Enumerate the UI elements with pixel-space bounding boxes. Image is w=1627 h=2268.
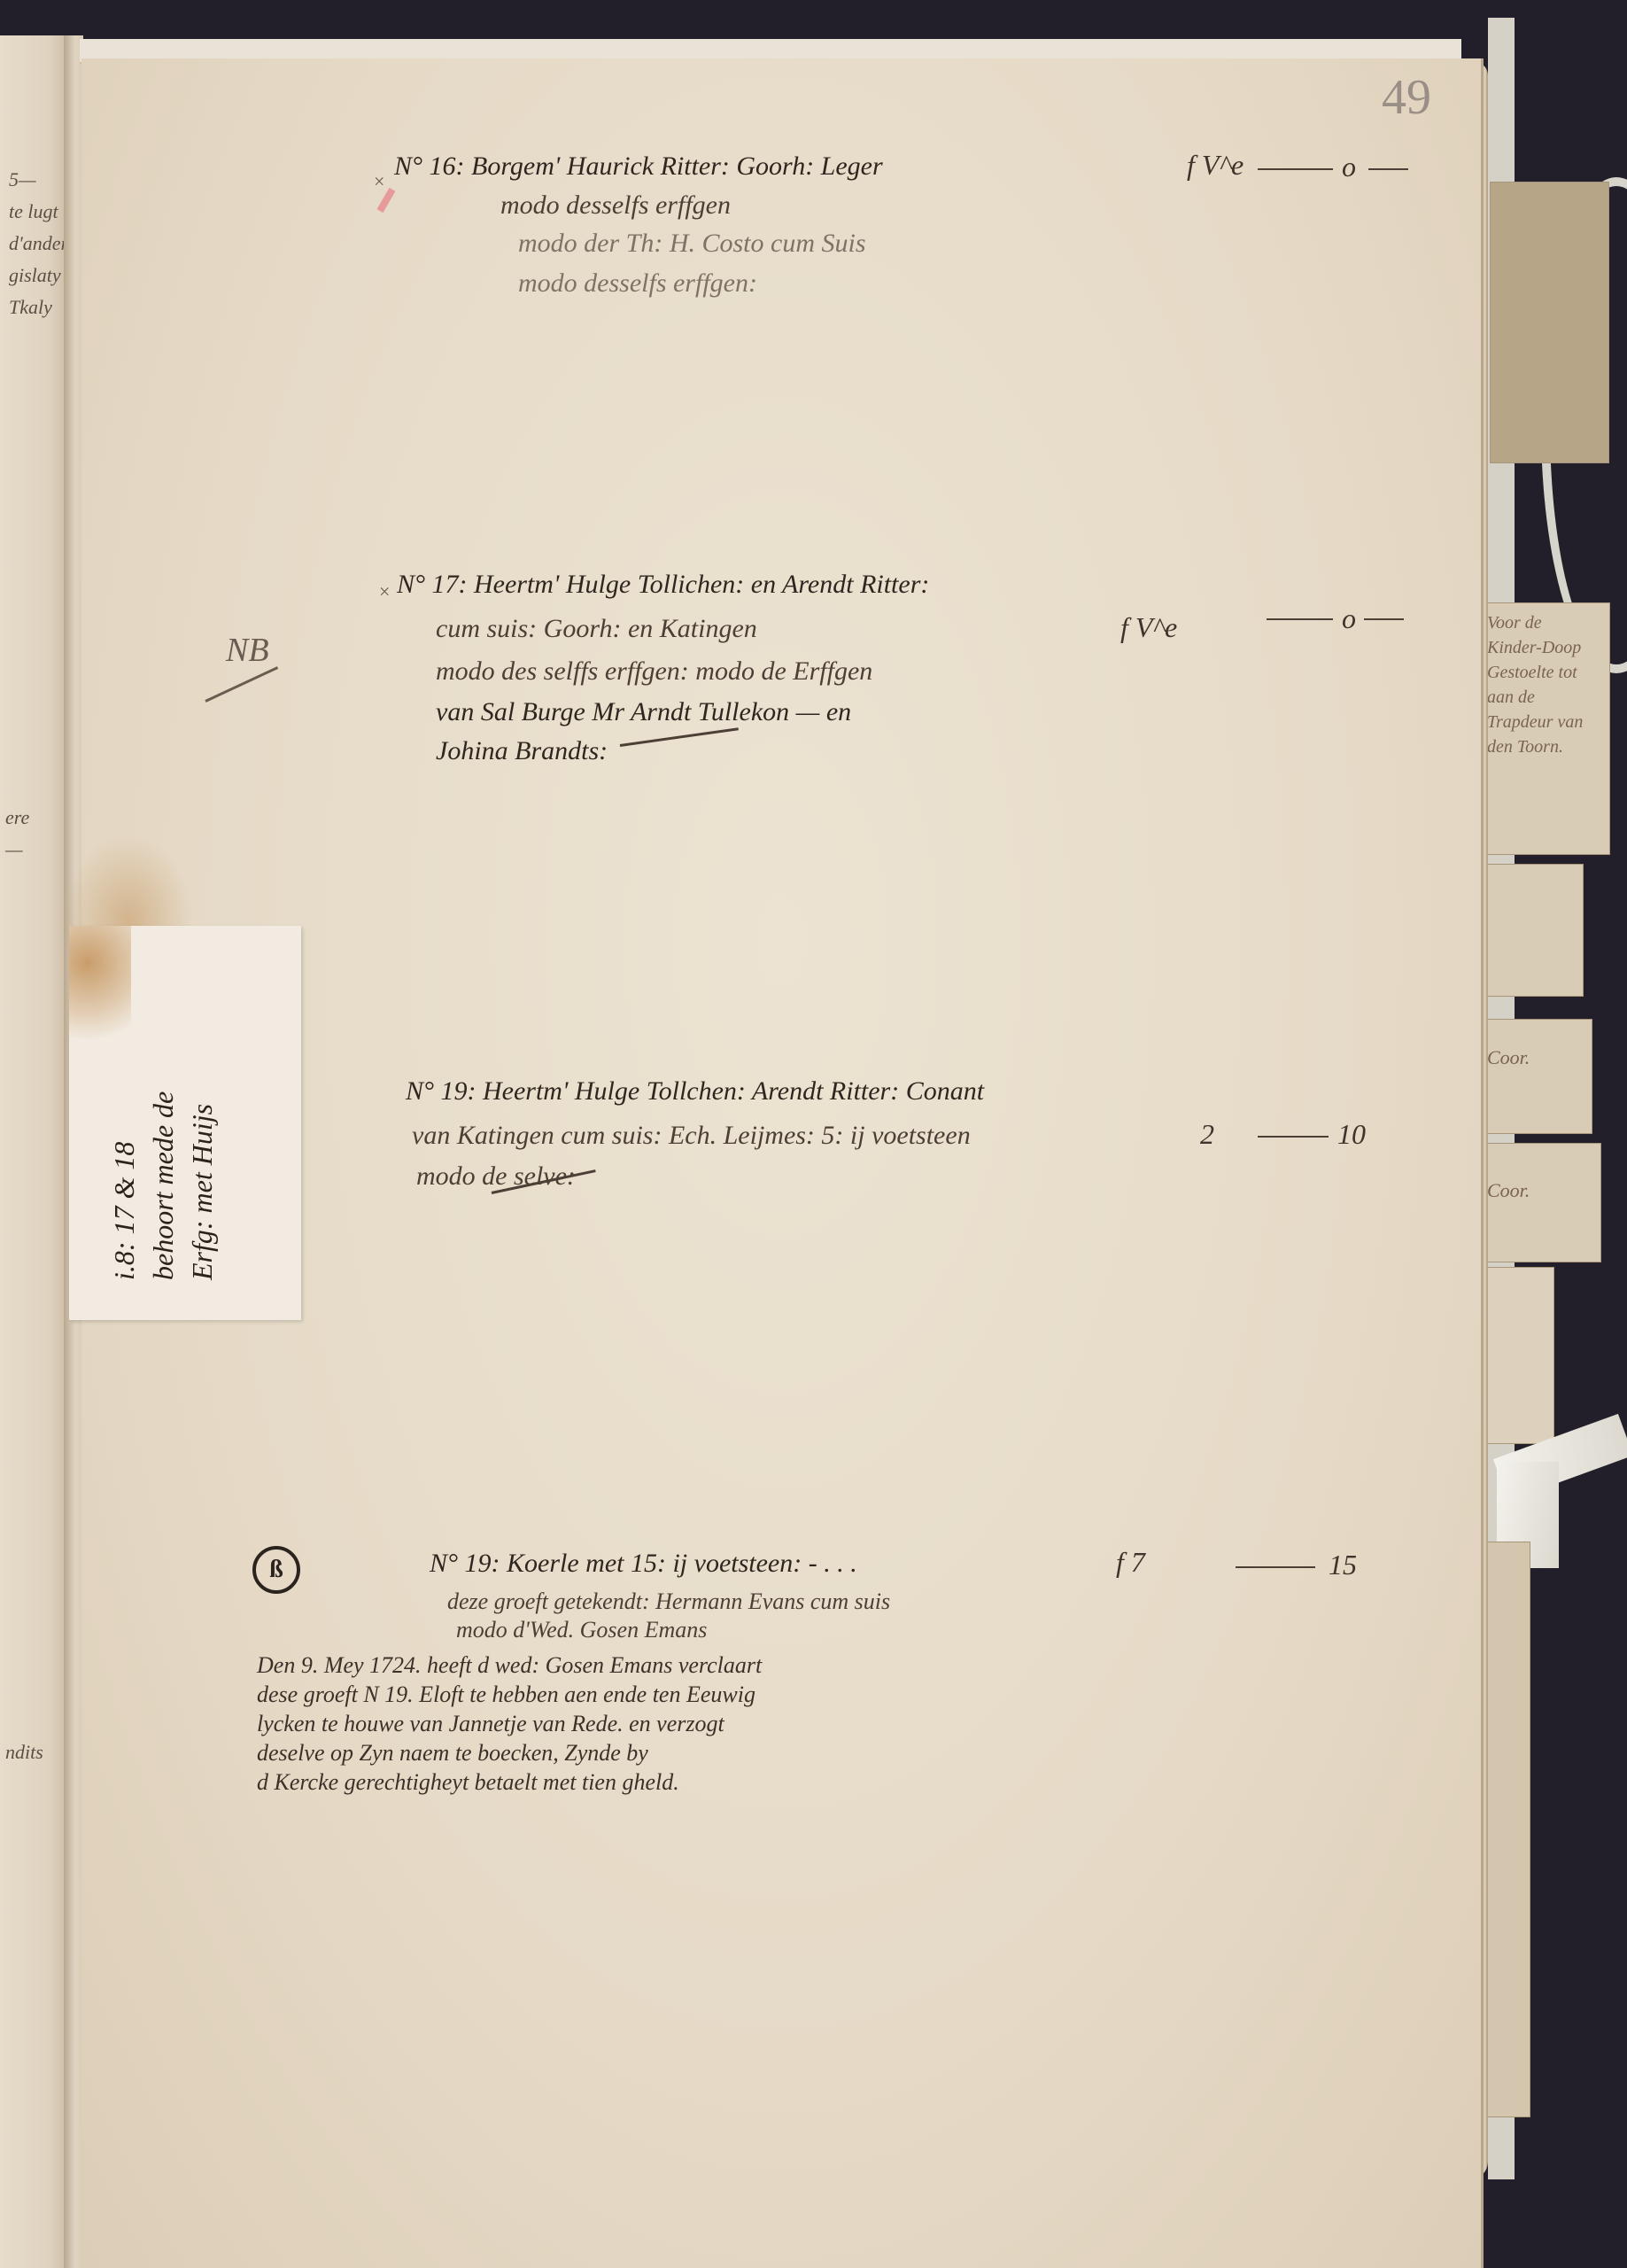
entry-17-stuivers: o	[1342, 602, 1356, 635]
margin-slip: i.8: 17 & 18 behoort mede de Erfg: met H…	[69, 926, 301, 1320]
right-tab-4: Coor.	[1477, 1019, 1592, 1134]
entry-17-florins: f V^e	[1120, 611, 1177, 644]
folio-number: 49	[1382, 69, 1431, 126]
nb-mark: NB	[226, 631, 269, 670]
entry-16-florins: f V^e	[1187, 149, 1243, 182]
amount-dash	[1364, 618, 1404, 620]
entry-19a-line-2: van Katingen cum suis: Ech. Leijmes: 5: …	[412, 1118, 971, 1153]
annotation-line-3: lycken te houwe van Jannetje van Rede. e…	[257, 1708, 724, 1740]
entry-17-line-2: cum suis: Goorh: en Katingen	[436, 611, 757, 647]
amount-dash	[1236, 1566, 1315, 1568]
right-tab-5: Coor.	[1477, 1143, 1601, 1262]
amount-dash	[1258, 168, 1333, 170]
entry-16-stuivers: o	[1342, 151, 1356, 183]
entry-17-line-5: Johina Brandts:	[436, 734, 608, 769]
entry-19a-line-3: modo de selve:	[416, 1159, 576, 1194]
right-tab-6	[1484, 1267, 1554, 1444]
entry-16-line-2: modo desselfs erffgen	[500, 188, 731, 223]
entry-19b-line-3: modo d'Wed. Gosen Emans	[456, 1614, 707, 1646]
entry-19a-florins: 2	[1200, 1118, 1214, 1151]
annotation-line-1: Den 9. Mey 1724. heeft d wed: Gosen Eman…	[257, 1650, 762, 1682]
annotation-line-2: dese groeft N 19. Eloft te hebben aen en…	[257, 1679, 755, 1711]
cross-mark: ×	[374, 170, 384, 193]
right-tab-1	[1490, 182, 1609, 463]
right-tab-2: Voor de Kinder-Doop Gestoelte tot aan de…	[1477, 602, 1610, 855]
entry-17-line-4: van Sal Burge Mr Arndt Tullekon — en	[436, 695, 851, 730]
left-fragment: —	[5, 834, 29, 866]
left-fragment: ere	[5, 802, 29, 834]
slip-stain	[69, 926, 131, 1050]
slip-line: Erfg: met Huijs	[182, 1091, 221, 1280]
annotation-line-4: deselve op Zyn naem te boecken, Zynde by	[257, 1737, 648, 1769]
entry-16-line-4: modo desselfs erffgen:	[518, 266, 757, 301]
entry-19b-stuivers: 15	[1329, 1549, 1357, 1581]
entry-16-line-1: N° 16: Borgem' Haurick Ritter: Goorh: Le…	[394, 149, 883, 184]
right-tab-3	[1477, 864, 1584, 997]
amount-dash	[1258, 1136, 1329, 1138]
entry-19b-line-2: deze groeft getekendt: Hermann Evans cum…	[447, 1586, 890, 1618]
entry-16-line-3: modo der Th: H. Costo cum Suis	[518, 226, 866, 261]
entry-19b-florins: f 7	[1116, 1546, 1145, 1579]
amount-dash	[1267, 618, 1333, 620]
entry-17-line-3: modo des selffs erffgen: modo de Erffgen	[436, 654, 872, 689]
slip-text: i.8: 17 & 18 behoort mede de Erfg: met H…	[105, 1091, 221, 1280]
entry-19a-stuivers: 10	[1337, 1118, 1366, 1151]
entry-19a-line-1: N° 19: Heertm' Hulge Tollchen: Arendt Ri…	[406, 1074, 984, 1109]
amount-dash	[1368, 168, 1408, 170]
cross-mark: ×	[379, 580, 390, 603]
left-page-edge	[0, 35, 71, 2268]
slip-line: i.8: 17 & 18	[105, 1091, 143, 1280]
left-margin-text-middle: ere —	[5, 802, 29, 866]
entry-17-line-1: N° 17: Heertm' Hulge Tollichen: en Arend…	[397, 567, 929, 602]
left-margin-text-bottom: ndits	[5, 1736, 43, 1768]
seal-mark: ß	[252, 1546, 300, 1594]
annotation-line-5: d Kercke gerechtigheyt betaelt met tien …	[257, 1767, 679, 1798]
entry-19b-line-1: N° 19: Koerle met 15: ij voetsteen: - . …	[430, 1546, 857, 1581]
slip-line: behoort mede de	[143, 1091, 182, 1280]
